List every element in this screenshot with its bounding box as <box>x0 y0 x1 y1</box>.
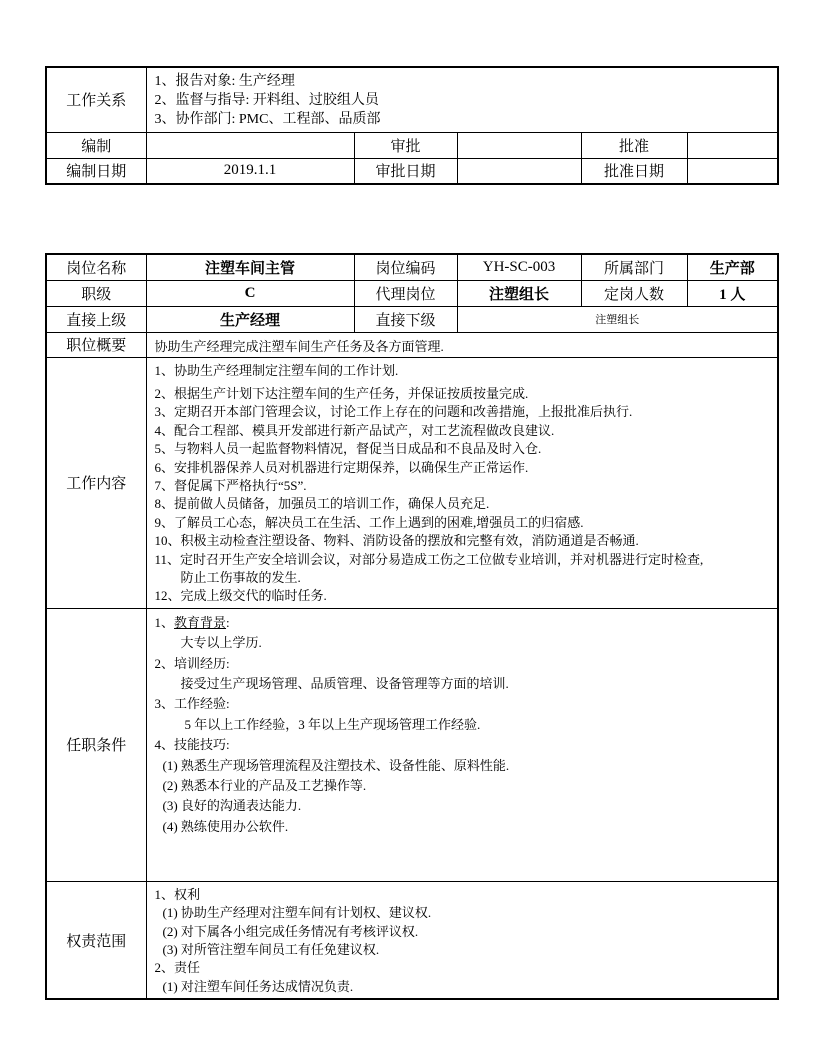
qualification-train-detail: 接受过生产现场管理、品质管理、设备管理等方面的培训. <box>155 674 772 694</box>
authority-content: 1、权利 (1) 协助生产经理对注塑车间有计划权、建议权. (2) 对下属各小组… <box>146 881 778 999</box>
work-relation-line: 3、协作部门: PMC、工程部、品质部 <box>155 110 772 129</box>
duty-line-continuation: 防止工伤事故的发生. <box>155 569 772 587</box>
review-value-cell <box>457 132 581 158</box>
superior-label: 直接上级 <box>46 306 146 332</box>
duty-line: 5、与物料人员一起监督物料情况，督促当日成品和不良品及时入仓. <box>155 440 772 458</box>
duties-row: 工作内容 1、协助生产经理制定注塑车间的工作计划. 2、根据生产计划下达注塑车间… <box>46 357 778 608</box>
qualification-edu-title: 1、教育背景: <box>155 613 772 633</box>
duty-line: 8、提前做人员储备，加强员工的培训工作，确保人员充足. <box>155 495 772 513</box>
duties-content: 1、协助生产经理制定注塑车间的工作计划. 2、根据生产计划下达注塑车间的生产任务… <box>146 357 778 608</box>
review-label: 审批 <box>354 132 457 158</box>
headcount-label: 定岗人数 <box>581 280 687 306</box>
qualification-skill-item: (3) 良好的沟通表达能力. <box>155 796 772 816</box>
authority-line: (3) 对所管注塑车间员工有任免建议权. <box>155 941 772 959</box>
work-relations-row: 工作关系 1、报告对象: 生产经理 2、监督与指导: 开料组、过胶组人员 3、协… <box>46 67 778 132</box>
summary-row: 职位概要 协助生产经理完成注塑车间生产任务及各方面管理. <box>46 332 778 357</box>
rank-value: C <box>146 280 354 306</box>
duty-line: 9、了解员工心态，解决员工在生活、工作上遇到的困难,增强员工的归宿感. <box>155 514 772 532</box>
duty-line: 2、根据生产计划下达注塑车间的生产任务，并保证按质按量完成. <box>155 385 772 403</box>
review-date-label: 审批日期 <box>354 158 457 184</box>
qualifications-label: 任职条件 <box>46 608 146 881</box>
authority-line: 1、权利 <box>155 886 772 904</box>
qualification-skill-title: 4、技能技巧: <box>155 735 772 755</box>
work-relation-line: 1、报告对象: 生产经理 <box>155 72 772 91</box>
duty-line: 10、积极主动检查注塑设备、物料、消防设备的摆放和完整有效，消防通道是否畅通. <box>155 532 772 550</box>
authority-line: (1) 对注塑车间任务达成情况负责. <box>155 978 772 996</box>
position-code-label: 岗位编码 <box>354 254 457 280</box>
department-value: 生产部 <box>687 254 778 280</box>
duty-line: 6、安排机器保养人员对机器进行定期保养，以确保生产正常运作. <box>155 459 772 477</box>
duty-line: 4、配合工程部、模具开发部进行新产品试产，对工艺流程做改良建议. <box>155 422 772 440</box>
prepared-value-cell <box>146 132 354 158</box>
department-label: 所属部门 <box>581 254 687 280</box>
authority-label: 权责范围 <box>46 881 146 999</box>
rank-row: 职级 C 代理岗位 注塑组长 定岗人数 1 人 <box>46 280 778 306</box>
approve-date-value-cell <box>687 158 778 184</box>
approve-value-cell <box>687 132 778 158</box>
qualification-edu-detail: 大专以上学历. <box>155 633 772 653</box>
work-relation-line: 2、监督与指导: 开料组、过胶组人员 <box>155 91 772 110</box>
edu-colon: : <box>226 615 230 630</box>
prepared-label: 编制 <box>46 132 146 158</box>
duties-label: 工作内容 <box>46 357 146 608</box>
position-name-label: 岗位名称 <box>46 254 146 280</box>
subordinate-value: 注塑组长 <box>457 306 778 332</box>
summary-content: 协助生产经理完成注塑车间生产任务及各方面管理. <box>146 332 778 357</box>
qualifications-content: 1、教育背景: 大专以上学历. 2、培训经历: 接受过生产现场管理、品质管理、设… <box>146 608 778 881</box>
deputy-label: 代理岗位 <box>354 280 457 306</box>
qualification-exp-detail: 5 年以上工作经验，3 年以上生产现场管理工作经验. <box>155 715 772 735</box>
authority-line: (2) 对下属各小组完成任务情况有考核评议权. <box>155 923 772 941</box>
summary-label: 职位概要 <box>46 332 146 357</box>
position-name-value: 注塑车间主管 <box>146 254 354 280</box>
qualification-skill-item: (1) 熟悉生产现场管理流程及注塑技术、设备性能、原料性能. <box>155 756 772 776</box>
qualification-exp-title: 3、工作经验: <box>155 694 772 714</box>
qualifications-row: 任职条件 1、教育背景: 大专以上学历. 2、培训经历: 接受过生产现场管理、品… <box>46 608 778 881</box>
approve-label: 批准 <box>581 132 687 158</box>
approval-table: 工作关系 1、报告对象: 生产经理 2、监督与指导: 开料组、过胶组人员 3、协… <box>45 66 779 185</box>
summary-text: 协助生产经理完成注塑车间生产任务及各方面管理. <box>147 333 778 357</box>
qualification-skill-item: (4) 熟练使用办公软件. <box>155 817 772 837</box>
duty-line: 1、协助生产经理制定注塑车间的工作计划. <box>155 362 772 380</box>
qualification-skill-item: (2) 熟悉本行业的产品及工艺操作等. <box>155 776 772 796</box>
authority-row: 权责范围 1、权利 (1) 协助生产经理对注塑车间有计划权、建议权. (2) 对… <box>46 881 778 999</box>
reporting-row: 直接上级 生产经理 直接下级 注塑组长 <box>46 306 778 332</box>
edu-title: 教育背景 <box>174 615 226 630</box>
edu-num: 1、 <box>155 615 175 630</box>
sign-row: 编制 审批 批准 <box>46 132 778 158</box>
superior-value: 生产经理 <box>146 306 354 332</box>
duty-line: 11、定时召开生产安全培训会议，对部分易造成工伤之工位做专业培训，并对机器进行定… <box>155 551 772 569</box>
duty-line: 7、督促属下严格执行“5S”. <box>155 477 772 495</box>
work-relations-label: 工作关系 <box>46 67 146 132</box>
authority-line: 2、责任 <box>155 959 772 977</box>
position-code-value: YH-SC-003 <box>457 254 581 280</box>
position-name-row: 岗位名称 注塑车间主管 岗位编码 YH-SC-003 所属部门 生产部 <box>46 254 778 280</box>
qualification-train-title: 2、培训经历: <box>155 654 772 674</box>
approve-date-label: 批准日期 <box>581 158 687 184</box>
authority-line: (1) 协助生产经理对注塑车间有计划权、建议权. <box>155 904 772 922</box>
headcount-value: 1 人 <box>687 280 778 306</box>
prepared-date-value: 2019.1.1 <box>146 158 354 184</box>
duty-line: 3、定期召开本部门管理会议，讨论工作上存在的问题和改善措施，上报批准后执行. <box>155 403 772 421</box>
document-page: 工作关系 1、报告对象: 生产经理 2、监督与指导: 开料组、过胶组人员 3、协… <box>0 0 816 1056</box>
deputy-value: 注塑组长 <box>457 280 581 306</box>
work-relations-content: 1、报告对象: 生产经理 2、监督与指导: 开料组、过胶组人员 3、协作部门: … <box>146 67 778 132</box>
duty-line: 12、完成上级交代的临时任务. <box>155 587 772 605</box>
dates-row: 编制日期 2019.1.1 审批日期 批准日期 <box>46 158 778 184</box>
review-date-value-cell <box>457 158 581 184</box>
position-table: 岗位名称 注塑车间主管 岗位编码 YH-SC-003 所属部门 生产部 职级 C… <box>45 253 779 1000</box>
subordinate-label: 直接下级 <box>354 306 457 332</box>
rank-label: 职级 <box>46 280 146 306</box>
prepared-date-label: 编制日期 <box>46 158 146 184</box>
